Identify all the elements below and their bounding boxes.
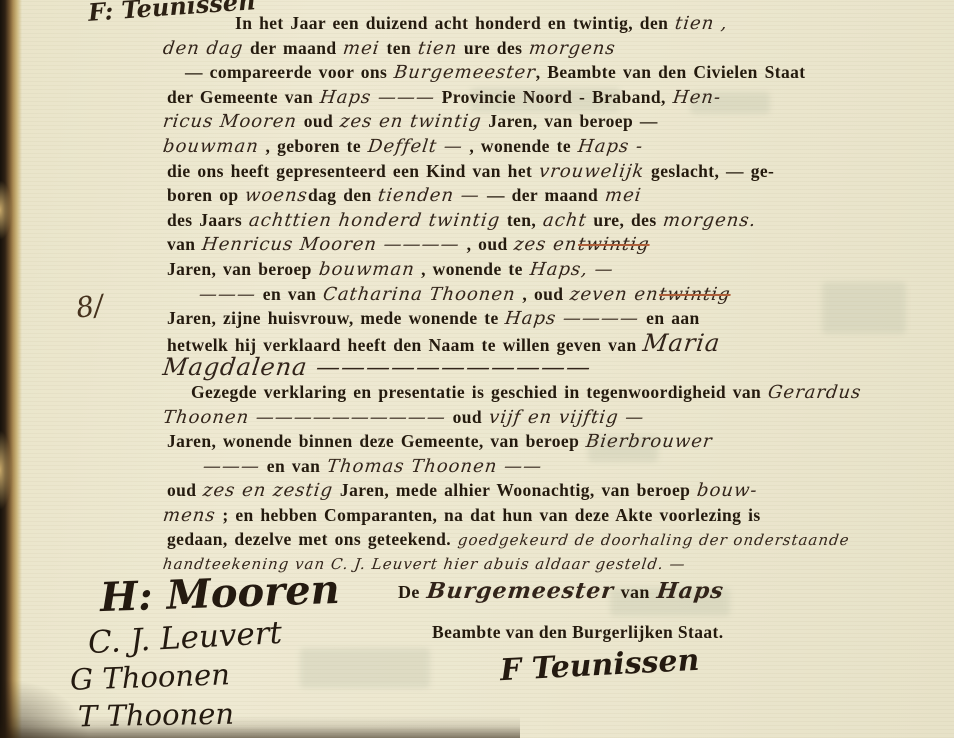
printed-text: — compareerde voor ons	[185, 62, 394, 82]
document-line: Magdalena ———————————	[163, 355, 915, 380]
printed-text: oud	[297, 111, 340, 131]
handwritten-text: achttien honderd twintig	[247, 209, 501, 234]
handwritten-text: Haps	[655, 578, 725, 604]
printed-text: Jaren, wonende binnen deze Gemeente, van…	[167, 431, 586, 451]
printed-text: , Beambte van den Civielen Staat	[536, 62, 806, 82]
handwritten-text: Catharina Thoonen	[322, 283, 518, 308]
handwritten-text: ———	[201, 455, 261, 480]
handwritten-text: vrouwelijk	[537, 160, 645, 185]
signature-cj-leuvert: C. J. Leuvert	[87, 615, 283, 661]
document-line: ——— en van Thomas Thoonen ——	[163, 454, 915, 479]
printed-text: ; en hebben Comparanten, na dat hun van …	[216, 505, 761, 525]
printed-text: Gezegde verklaring en presentatie is ges…	[191, 382, 768, 402]
printed-text: ure des	[457, 38, 529, 58]
handwritten-text: mei	[603, 184, 643, 209]
handwritten-text: zes en	[513, 233, 579, 258]
printed-text: en van	[260, 456, 327, 476]
document-line: die ons heeft gepresenteerd een Kind van…	[163, 159, 915, 184]
printed-text: , wonende te	[463, 136, 578, 156]
burgemeester-of-haps-line: De Burgemeester van Haps	[398, 578, 724, 604]
handwritten-text: Bierbrouwer	[584, 430, 713, 455]
handwritten-text: woens	[244, 184, 310, 209]
handwritten-text: bouwman	[161, 135, 260, 160]
printed-text: Jaren, mede alhier Woonachtig, van beroe…	[333, 480, 697, 500]
printed-text: des Jaars	[167, 210, 249, 230]
handwritten-text: zeven en	[569, 283, 661, 308]
document-line: ricus Mooren oud zes en twintig Jaren, v…	[163, 109, 915, 134]
handwritten-text: mens	[161, 504, 217, 529]
document-line: ——— en van Catharina Thoonen , oud zeven…	[163, 282, 915, 307]
document-line: des Jaars achttien honderd twintig ten, …	[163, 208, 915, 233]
handwritten-text: ricus Mooren	[161, 110, 298, 135]
document-line: den dag der maand mei ten tien ure des m…	[163, 36, 915, 61]
document-line: Jaren, zijne huisvrouw, mede wonende te …	[163, 306, 915, 331]
act-number-margin: 8/	[74, 288, 106, 324]
handwritten-text: Gerardus	[766, 381, 862, 406]
document-line: Jaren, wonende binnen deze Gemeente, van…	[163, 429, 915, 454]
handwritten-text: tien	[416, 37, 458, 62]
printed-text: oud	[167, 480, 203, 500]
printed-text: oud	[446, 407, 489, 427]
printed-text: — der maand	[480, 185, 605, 205]
handwritten-text: Thoonen ——————————	[161, 406, 447, 431]
binding-texture	[0, 430, 12, 510]
handwritten-text: morgens	[528, 37, 618, 62]
printed-text: hetwelk hij verklaard heeft den Naam te …	[167, 335, 643, 355]
printed-text: , wonende te	[414, 259, 529, 279]
printed-text: ten	[380, 38, 418, 58]
printed-text: en van	[256, 284, 323, 304]
handwritten-text: Hen-	[671, 86, 722, 111]
signature-official: F Teunissen	[499, 643, 700, 688]
document-line: — compareerde voor ons Burgemeester, Bea…	[163, 60, 915, 85]
document-line: oud zes en zestig Jaren, mede alhier Woo…	[163, 478, 915, 503]
handwritten-text: Haps -	[576, 135, 644, 160]
document-line: der Gemeente van Haps ——— Provincie Noor…	[163, 85, 915, 110]
document-line: Jaren, van beroep bouwman , wonende te H…	[163, 257, 915, 282]
handwritten-text: twintig	[576, 233, 651, 258]
handwritten-text: Deffelt —	[366, 135, 464, 160]
handwritten-text: mei	[342, 37, 382, 62]
binding-texture	[0, 180, 12, 240]
document-line: mens ; en hebben Comparanten, na dat hun…	[163, 503, 915, 528]
printed-text: , oud	[460, 234, 515, 254]
document-line: hetwelk hij verklaard heeft den Naam te …	[163, 331, 915, 356]
printed-text: van	[614, 582, 657, 602]
handwritten-text: Burgemeester	[393, 61, 538, 86]
document-line: van Henricus Mooren ———— , oud zes en tw…	[163, 232, 915, 257]
handwritten-text: Haps ————	[504, 307, 641, 332]
handwritten-text: zes en twintig	[338, 110, 483, 135]
handwritten-text: ———	[197, 283, 257, 308]
handwritten-text: Magdalena ———————————	[161, 355, 592, 380]
handwritten-text: Maria	[642, 331, 722, 356]
signature-g-thoonen: G Thoonen	[69, 657, 230, 697]
page-bottom-shadow	[0, 716, 520, 738]
printed-text: gedaan, dezelve met ons geteekend.	[167, 529, 458, 549]
handwritten-text: tien ,	[674, 12, 730, 37]
printed-text: van	[167, 234, 202, 254]
handwritten-text: morgens.	[662, 209, 758, 234]
printed-text: , geboren te	[259, 136, 368, 156]
handwritten-text: vijf en vijftig —	[487, 406, 645, 431]
handwritten-text: Haps ———	[318, 86, 436, 111]
printed-text: Jaren, van beroep —	[482, 111, 658, 131]
printed-text: Jaren, zijne huisvrouw, mede wonende te	[167, 308, 505, 328]
handwritten-text: den dag	[161, 37, 244, 62]
document-line: Thoonen —————————— oud vijf en vijftig —	[163, 405, 915, 430]
handwritten-text: Henricus Mooren ————	[201, 233, 462, 258]
official-title: Beambte van den Burgerlijken Staat.	[432, 622, 724, 643]
handwritten-text: twintig	[657, 283, 732, 308]
printed-text: ten,	[500, 210, 543, 230]
handwritten-text: bouw-	[696, 479, 759, 504]
printed-text: Jaren, van beroep	[167, 259, 319, 279]
document-text: In het Jaar een duizend acht honderd en …	[163, 11, 915, 577]
document-line: In het Jaar een duizend acht honderd en …	[163, 11, 915, 36]
printed-text: , oud	[516, 284, 571, 304]
printed-text: dag den	[308, 185, 378, 205]
handwritten-text: bouwman	[317, 258, 416, 283]
handwritten-text: zes en zestig	[202, 479, 335, 504]
signature-h-mooren: H: Mooren	[99, 566, 340, 621]
printed-text: die ons heeft gepresenteerd een Kind van…	[167, 161, 539, 181]
printed-text: Provincie Noord - Braband,	[435, 87, 673, 107]
printed-text: geslacht, — ge-	[644, 161, 774, 181]
printed-text: der maand	[243, 38, 343, 58]
printed-text: In het Jaar een duizend acht honderd en …	[235, 13, 675, 33]
handwritten-text: Thomas Thoonen ——	[326, 455, 544, 480]
document-line: boren op woensdag den tienden — — der ma…	[163, 183, 915, 208]
book-binding-edge	[0, 0, 22, 738]
handwritten-text: Haps, —	[528, 258, 615, 283]
printed-text: en aan	[639, 308, 699, 328]
printed-text: der Gemeente van	[167, 87, 320, 107]
printed-text: De	[398, 582, 427, 602]
ink-bleed-ghost	[300, 648, 430, 688]
document-line: gedaan, dezelve met ons geteekend. goedg…	[163, 527, 915, 552]
document-line: Gezegde verklaring en presentatie is ges…	[163, 380, 915, 405]
birth-record-document: F: Teunissen 8/ In het Jaar een duizend …	[0, 0, 954, 738]
handwritten-text: goedgekeurd de doorhaling der onderstaan…	[456, 528, 851, 553]
printed-text: ure, des	[587, 210, 664, 230]
handwritten-text: tienden —	[377, 184, 482, 209]
document-line: bouwman , geboren te Deffelt — , wonende…	[163, 134, 915, 159]
handwritten-text: acht	[541, 209, 588, 234]
handwritten-text: Burgemeester	[425, 578, 615, 604]
printed-text: boren op	[167, 185, 245, 205]
